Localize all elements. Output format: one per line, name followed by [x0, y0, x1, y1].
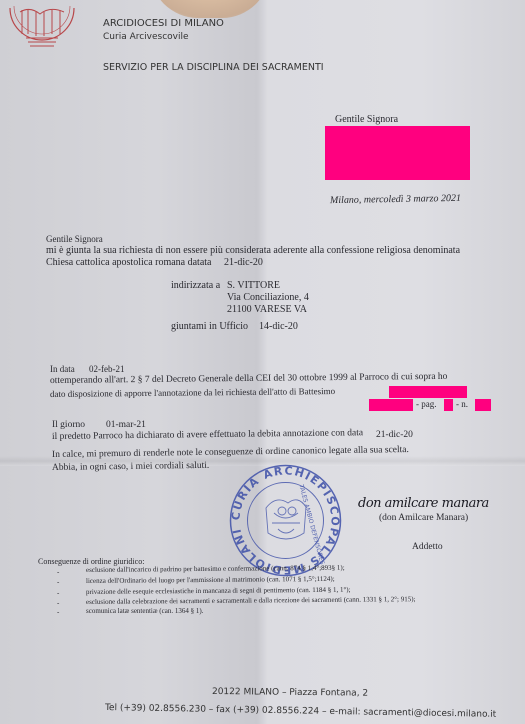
annotation-date: 21-dic-20: [376, 430, 413, 440]
footer-address: 20122 MILANO – Piazza Fontana, 2: [212, 687, 368, 699]
consequence-item: privazione delle esequie ecclesiastiche …: [86, 586, 351, 596]
in-data-label: In data: [50, 364, 75, 374]
letter-page: ARCIDIOCESI DI MILANO Curia Arcivescovil…: [0, 0, 525, 724]
bullet: -: [57, 589, 59, 597]
signatory-name: (don Amilcare Manara): [379, 513, 468, 523]
giorno-label: Il giorno: [52, 420, 85, 430]
diocese-seal-icon: [6, 4, 78, 54]
received-date: 14-dic-20: [259, 321, 298, 332]
signatory-role: Addetto: [412, 542, 443, 552]
number-label: - n.: [456, 399, 468, 409]
consequence-item: licenza dell'Ordinario del luogo per l'a…: [86, 575, 335, 585]
parish-name: S. VITTORE: [227, 280, 280, 291]
body-greeting: Gentile Signora: [46, 234, 103, 244]
letter-date: Milano, mercoledì 3 marzo 2021: [330, 193, 461, 206]
finger-shadow: [150, 0, 270, 18]
footer-contacts: Tel (+39) 02.8556.230 – fax (+39) 02.855…: [105, 703, 496, 720]
giorno-value: 01-mar-21: [106, 420, 146, 430]
redacted-baptism-record: [389, 386, 467, 398]
redacted-record-number: [475, 399, 491, 411]
addressed-label: indirizzata a: [171, 280, 220, 291]
consequence-item: esclusione dalla celebrazione dei sacram…: [86, 595, 416, 606]
body-line-1: mi è giunta la sua richiesta di non esse…: [46, 245, 460, 256]
redacted-recipient-address: [325, 126, 470, 180]
service-name: SERVIZIO PER LA DISCIPLINA DEI SACRAMENT…: [103, 62, 324, 73]
curia-stamp-icon: CURIA ARCHIEPISCOPALIS MEDIOLANI TALES A…: [228, 463, 343, 578]
request-date: 21-dic-20: [224, 257, 263, 268]
body-line-2: Chiesa cattolica apostolica romana datat…: [46, 257, 263, 268]
parish-city: 21100 VARESE VA: [227, 304, 307, 315]
para4-line-2: Abbia, in ogni caso, i miei cordiali sal…: [52, 461, 209, 473]
bullet: -: [57, 599, 59, 607]
organization-name: ARCIDIOCESI DI MILANO: [103, 18, 224, 29]
para3-line-1: il predetto Parroco ha dichiarato di ave…: [52, 428, 363, 442]
received-label: giuntami in Ufficio: [171, 321, 248, 332]
para2-line-2: dato disposizione di apporre l'annotazio…: [50, 386, 335, 399]
page-label: - pag.: [416, 399, 437, 409]
request-date-label: Chiesa cattolica apostolica romana datat…: [46, 257, 211, 268]
parish-street: Via Conciliazione, 4: [227, 292, 309, 303]
department-name: Curia Arcivescovile: [103, 32, 189, 42]
redacted-registry: [369, 399, 413, 411]
bullet: -: [57, 578, 59, 586]
bullet: -: [57, 608, 59, 616]
handwritten-signature: don amilcare manara: [358, 496, 489, 511]
consequence-item: scomunica latæ sententiæ (can. 1364 § 1)…: [86, 607, 203, 615]
in-data-value: 02-feb-21: [89, 364, 125, 374]
redacted-page-number: [444, 399, 453, 411]
recipient-salutation: Gentile Signora: [335, 114, 398, 125]
bullet: -: [57, 568, 59, 576]
